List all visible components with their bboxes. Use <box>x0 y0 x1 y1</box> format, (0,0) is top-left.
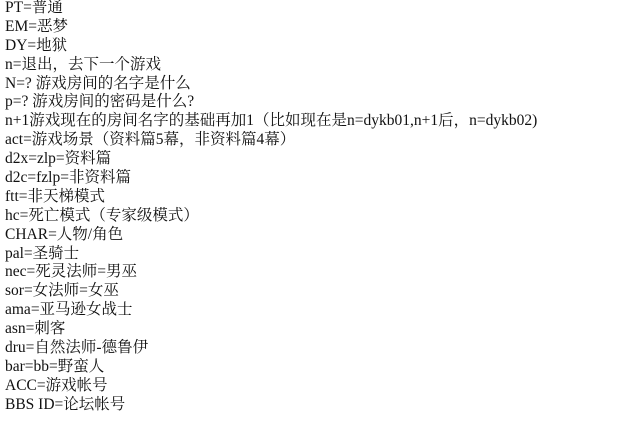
glossary-line-ama: ama=亚马逊女战士 <box>5 301 537 320</box>
glossary-line-difficulty-hell: DY=地狱 <box>5 37 537 56</box>
glossary-line-ftt: ftt=非天梯模式 <box>5 188 537 207</box>
glossary-line-hc: hc=死亡模式（专家级模式） <box>5 207 537 226</box>
glossary-line-asn: asn=刺客 <box>5 320 537 339</box>
glossary-line-n-plus-one: n+1游戏现在的房间名字的基础再加1（比如现在是n=dykb01,n+1后，n=… <box>5 112 537 131</box>
glossary-document: PT=普通 EM=恶梦 DY=地狱 n=退出，去下一个游戏 N=? 游戏房间的名… <box>5 0 537 415</box>
glossary-line-bar: bar=bb=野蛮人 <box>5 358 537 377</box>
glossary-line-room-name: N=? 游戏房间的名字是什么 <box>5 75 537 94</box>
glossary-line-sor: sor=女法师=女巫 <box>5 282 537 301</box>
glossary-line-room-password: p=? 游戏房间的密码是什么? <box>5 93 537 112</box>
glossary-line-acc: ACC=游戏帐号 <box>5 377 537 396</box>
glossary-line-d2c: d2c=fzlp=非资料篇 <box>5 169 537 188</box>
glossary-line-nec: nec=死灵法师=男巫 <box>5 263 537 282</box>
glossary-line-d2x: d2x=zlp=资料篇 <box>5 150 537 169</box>
glossary-line-difficulty-nightmare: EM=恶梦 <box>5 18 537 37</box>
glossary-line-char: CHAR=人物/角色 <box>5 226 537 245</box>
glossary-line-act: act=游戏场景（资料篇5幕，非资料篇4幕） <box>5 131 537 150</box>
glossary-line-next-game: n=退出，去下一个游戏 <box>5 56 537 75</box>
glossary-line-pal: pal=圣骑士 <box>5 245 537 264</box>
glossary-line-bbs-id: BBS ID=论坛帐号 <box>5 396 537 415</box>
glossary-line-dru: dru=自然法师-德鲁伊 <box>5 339 537 358</box>
glossary-line-difficulty-normal: PT=普通 <box>5 0 537 18</box>
